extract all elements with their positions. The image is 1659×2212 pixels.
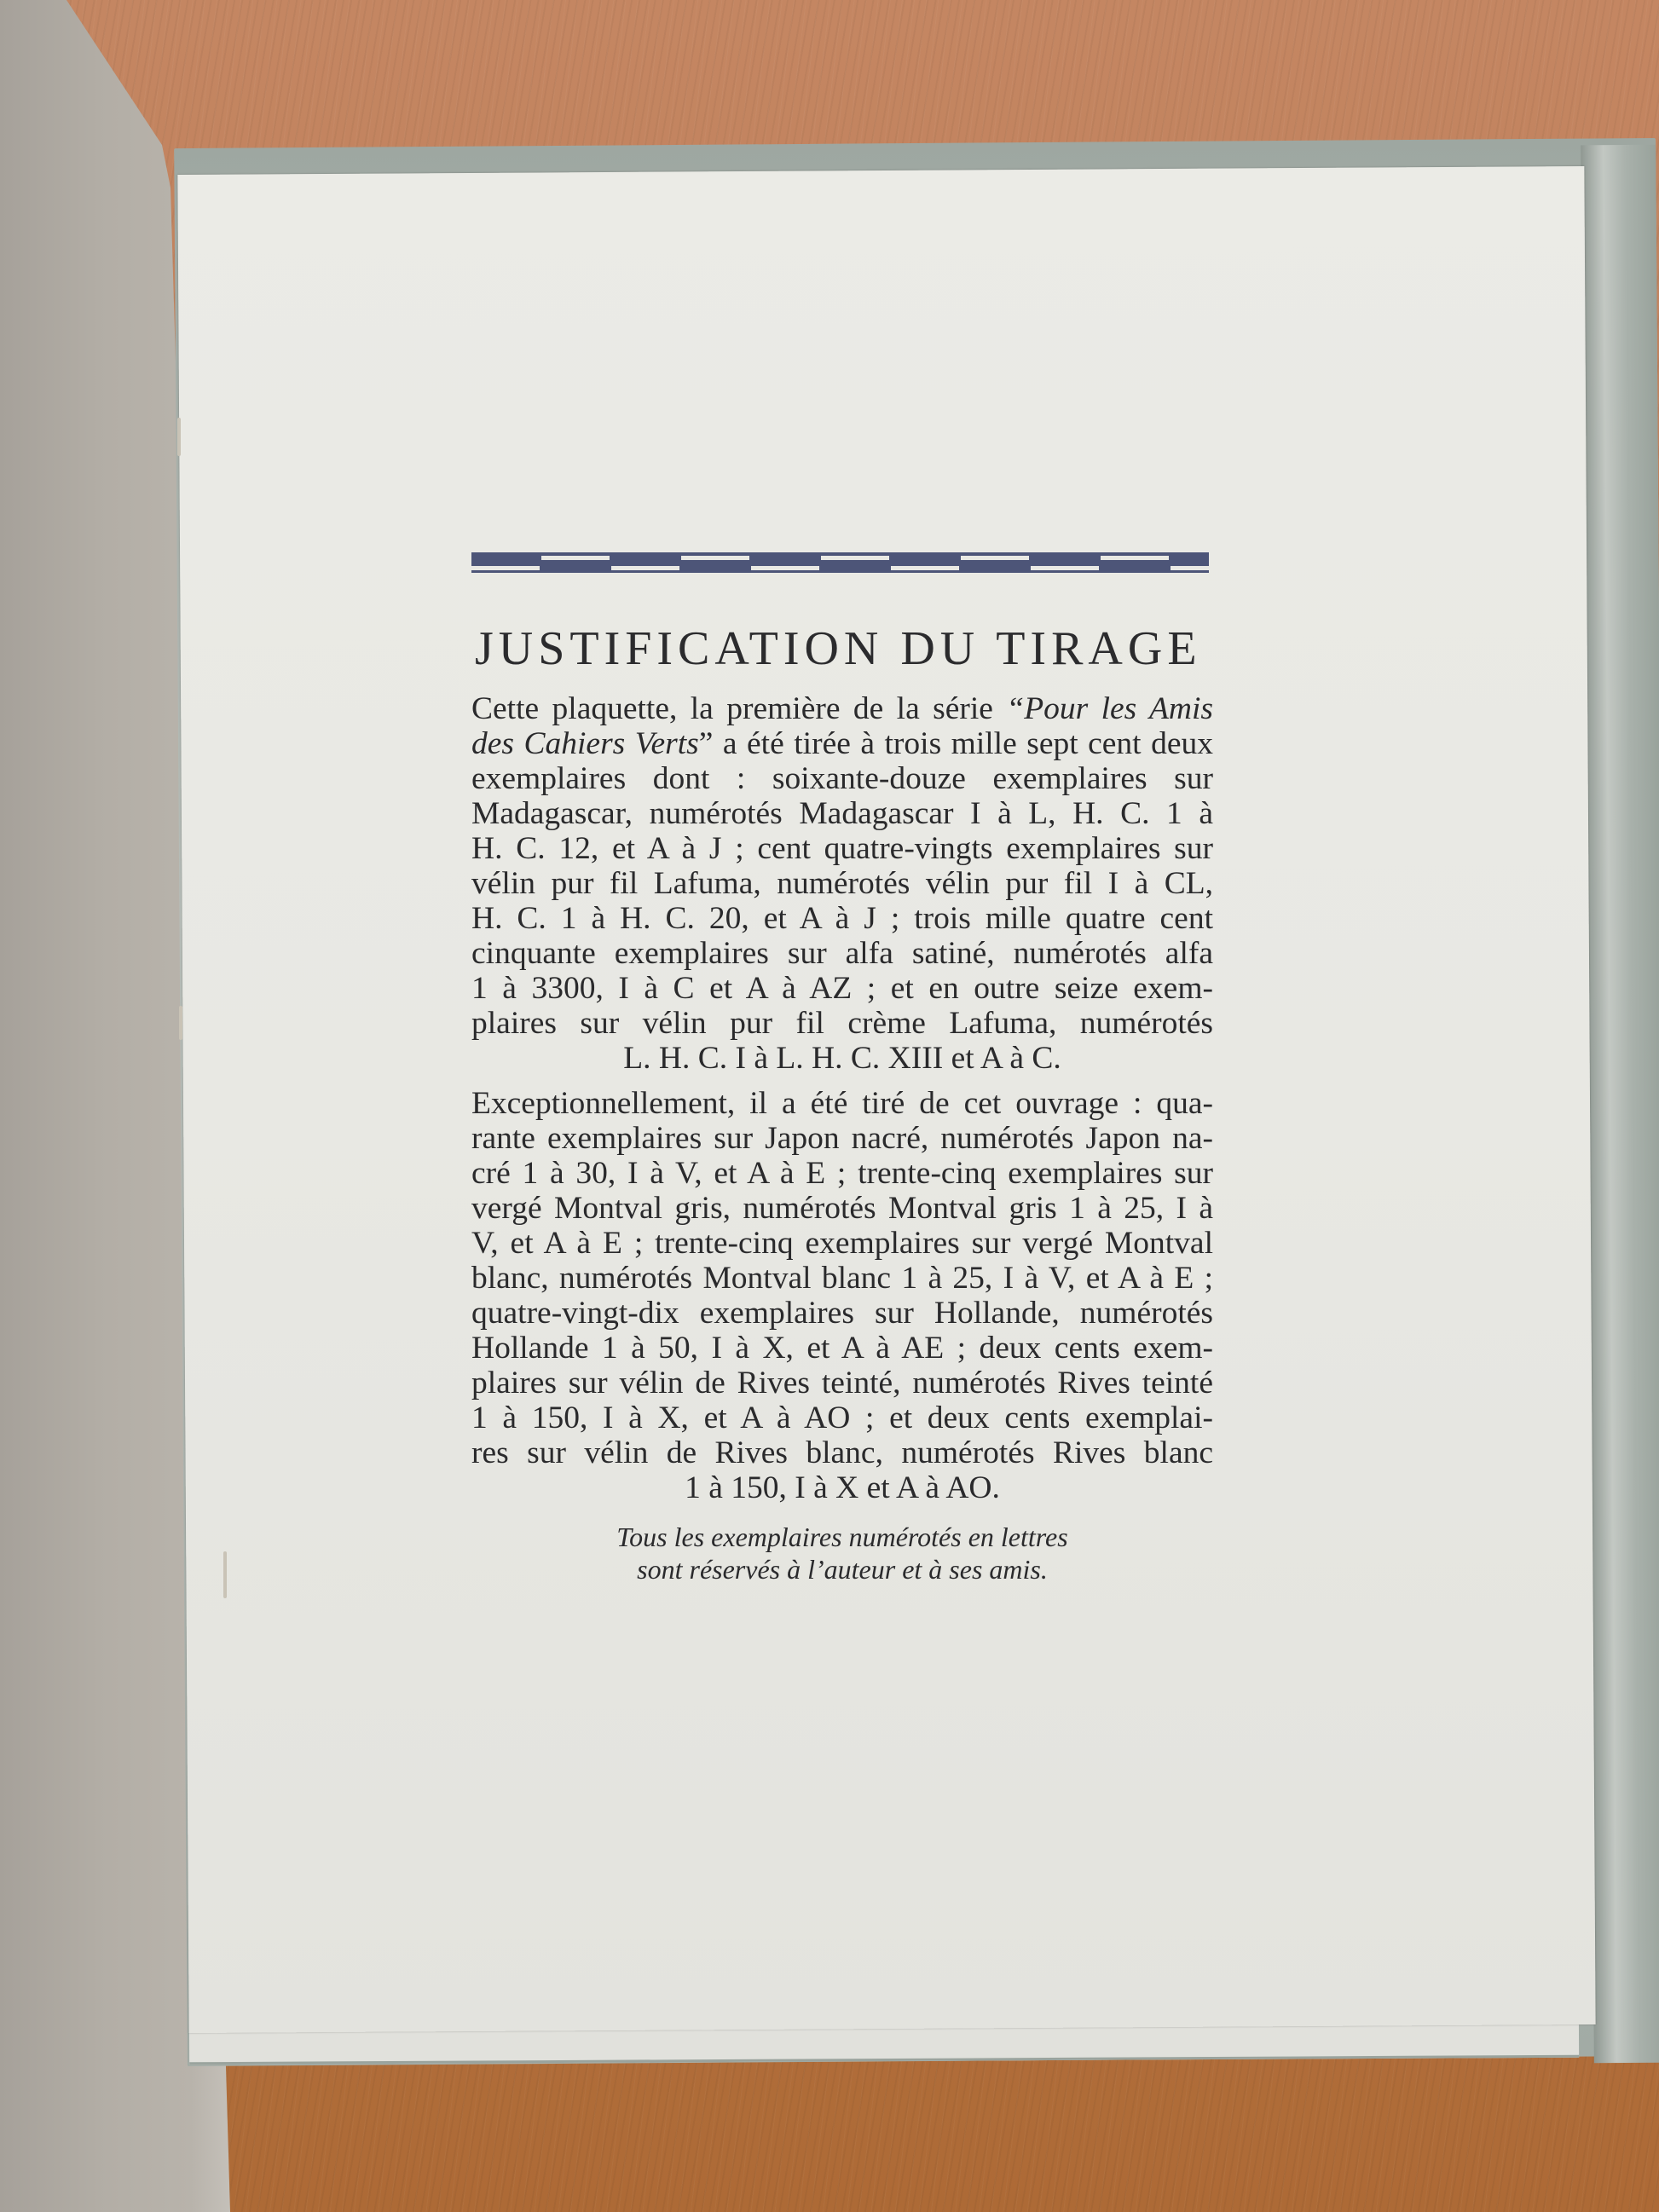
- text-line: Madagascar, numérotés Madagascar I à L, …: [471, 796, 1213, 831]
- edition-paragraph-2: Exceptionnellement, il a été tiré de cet…: [471, 1086, 1213, 1505]
- binding-thread: [179, 1006, 182, 1040]
- text-line: quatre-vingt-dix exemplaires sur Holland…: [471, 1296, 1213, 1331]
- text-line: H. C. 1 à H. C. 20, et A à J ; trois mil…: [471, 901, 1213, 936]
- text-line: Exceptionnellement, il a été tiré de cet…: [471, 1086, 1213, 1121]
- edition-paragraph-1: Cette plaquette, la première de la série…: [471, 691, 1213, 1076]
- page-title: JUSTIFICATION DU TIRAGE: [475, 621, 1213, 676]
- text-line: V, et A à E ; trente-cinq exemplaires su…: [471, 1226, 1213, 1261]
- text-line: vergé Montval gris, numérotés Montval gr…: [471, 1191, 1213, 1226]
- reserved-copies-note: Tous les exemplaires numérotés en lettre…: [471, 1521, 1213, 1585]
- text-line: plaires sur vélin pur fil crème Lafuma, …: [471, 1006, 1213, 1041]
- checkered-rule-ornament: [471, 546, 1209, 576]
- binding-thread: [223, 1551, 227, 1598]
- justification-text-block: JUSTIFICATION DU TIRAGE Cette plaquette,…: [471, 546, 1213, 1585]
- text-line: blanc, numérotés Montval blanc 1 à 25, I…: [471, 1261, 1213, 1296]
- note-line-2: sont réservés à l’auteur et à ses amis.: [471, 1553, 1213, 1585]
- text-line: 1 à 3300, I à C et A à AZ ; et en outre …: [471, 971, 1213, 1006]
- text-line: Hollande 1 à 50, I à X, et A à AE ; deux…: [471, 1331, 1213, 1366]
- text-line: cinquante exemplaires sur alfa satiné, n…: [471, 936, 1213, 971]
- text-line-centered: L. H. C. I à L. H. C. XIII et A à C.: [471, 1041, 1213, 1076]
- text-line: exemplaires dont : soixante-douze exempl…: [471, 761, 1213, 796]
- text-line: Cette plaquette, la première de la série…: [471, 691, 1213, 726]
- text-line: plaires sur vélin de Rives teinté, numér…: [471, 1366, 1213, 1401]
- text-line: vélin pur fil Lafuma, numérotés vélin pu…: [471, 866, 1213, 901]
- text-line: cré 1 à 30, I à V, et A à E ; trente-cin…: [471, 1156, 1213, 1191]
- text-line: des Cahiers Verts” a été tirée à trois m…: [471, 726, 1213, 761]
- text-line: H. C. 12, et A à J ; cent quatre-vingts …: [471, 831, 1213, 866]
- note-line-1: Tous les exemplaires numérotés en lettre…: [471, 1521, 1213, 1553]
- text-line: res sur vélin de Rives blanc, numérotés …: [471, 1435, 1213, 1470]
- text-line-centered: 1 à 150, I à X et A à AO.: [471, 1470, 1213, 1505]
- text-line: rante exemplaires sur Japon nacré, numér…: [471, 1121, 1213, 1156]
- binding-thread: [177, 418, 181, 456]
- text-line: 1 à 150, I à X, et A à AO ; et deux cent…: [471, 1401, 1213, 1435]
